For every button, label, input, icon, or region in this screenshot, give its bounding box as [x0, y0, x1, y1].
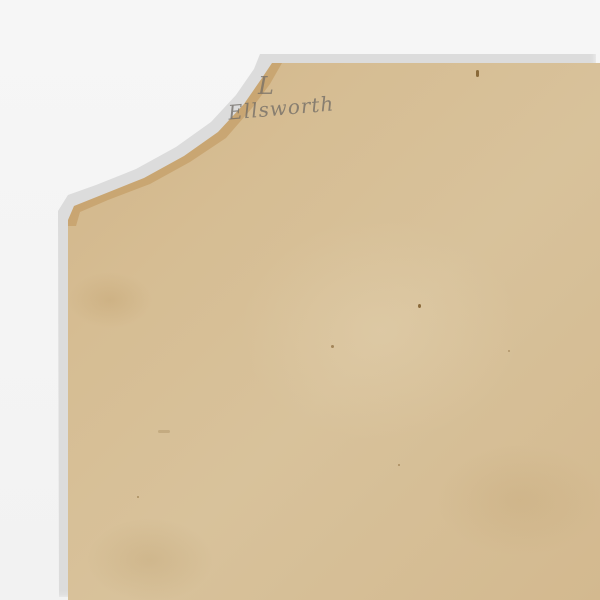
- speck-lower: [331, 345, 334, 348]
- speck-mid: [398, 464, 400, 466]
- speck-top: [476, 70, 479, 77]
- speck-right: [508, 350, 510, 352]
- aged-paper-sheet: [0, 0, 600, 600]
- speck-left: [137, 496, 139, 498]
- speck-smudge: [158, 430, 170, 433]
- photo-stage: L Ellsworth: [0, 0, 600, 600]
- speck-center: [418, 304, 421, 308]
